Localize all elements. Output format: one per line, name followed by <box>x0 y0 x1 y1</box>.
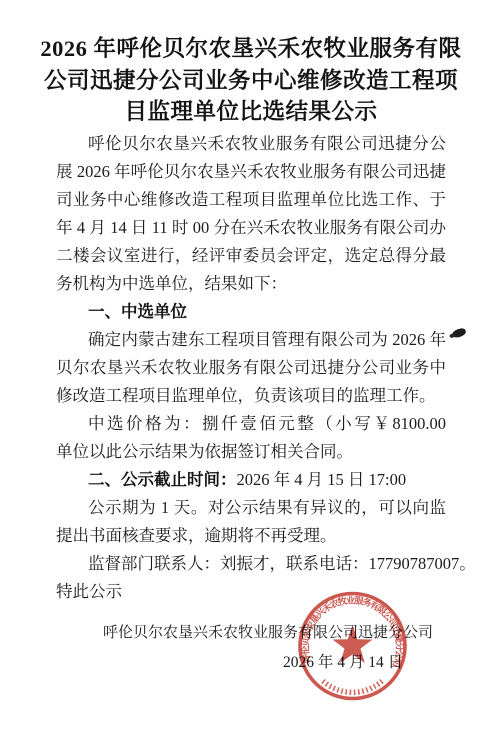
title-line-1: 2026 年呼伦贝尔农垦兴禾农牧业服务有限 <box>0 33 502 65</box>
title-line-2: 公司迅捷分公司业务中心维修改造工程项 <box>0 65 502 97</box>
seal-star-icon <box>333 625 373 663</box>
company-seal-icon: 呼伦贝尔农垦兴禾农牧业服务有限公司迅捷分公司 <box>295 588 410 703</box>
notice-line-1: 公示期为 1 天。对公示结果有异议的，可以向监督部门 <box>56 494 446 522</box>
section1-line-1: 确定内蒙古建东工程项目管理有限公司为 2026 年呼伦 <box>56 326 446 354</box>
section1-heading: 一、中选单位 <box>56 298 446 326</box>
contact-line: 监督部门联系人：刘振才，联系电话：17790787007。 <box>56 550 446 578</box>
section2-deadline: 2026 年 4 月 15 日 17:00 <box>237 470 407 489</box>
ink-smudge <box>451 327 467 338</box>
section1-line-3: 修改造工程项目监理单位，负责该项目的监理工作。 <box>56 382 446 410</box>
section2-heading: 二、公示截止时间：2026 年 4 月 15 日 17:00 <box>56 466 446 494</box>
intro-line-1: 呼伦贝尔农垦兴禾农牧业服务有限公司迅捷分公司开 <box>56 130 446 158</box>
notice-line-2: 提出书面核查要求，逾期将不再受理。 <box>56 522 446 550</box>
seal-code-marks <box>323 681 382 692</box>
price-line-2: 单位以此公示结果为依据签订相关合同。 <box>56 438 446 466</box>
intro-line-3: 司业务中心维修改造工程项目监理单位比选工作、于 2026 <box>56 186 446 214</box>
intro-line-6: 务机构为中选单位，结果如下： <box>56 270 446 298</box>
section1-line-2: 贝尔农垦兴禾农牧业服务有限公司迅捷分公司业务中心维 <box>56 354 446 382</box>
notice-document: 2026 年呼伦贝尔农垦兴禾农牧业服务有限 公司迅捷分公司业务中心维修改造工程项… <box>0 0 502 742</box>
notice-body: 呼伦贝尔农垦兴禾农牧业服务有限公司迅捷分公司开 展 2026 年呼伦贝尔农垦兴禾… <box>56 130 446 606</box>
section2-label: 二、公示截止时间： <box>88 470 237 489</box>
title-line-3: 目监理单位比选结果公示 <box>0 96 502 128</box>
price-line-1: 中选价格为：捌仟壹佰元整（小写￥8100.00 元）；中选 <box>56 410 446 438</box>
intro-line-4: 年 4 月 14 日 11 时 00 分在兴禾农牧业服务有限公司办公楼 <box>56 214 446 242</box>
page-title: 2026 年呼伦贝尔农垦兴禾农牧业服务有限 公司迅捷分公司业务中心维修改造工程项… <box>0 33 502 128</box>
intro-line-5: 二楼会议室进行，经评审委员会评定，选定总得分最高的服 <box>56 242 446 270</box>
intro-line-2: 展 2026 年呼伦贝尔农垦兴禾农牧业服务有限公司迅捷分公 <box>56 158 446 186</box>
